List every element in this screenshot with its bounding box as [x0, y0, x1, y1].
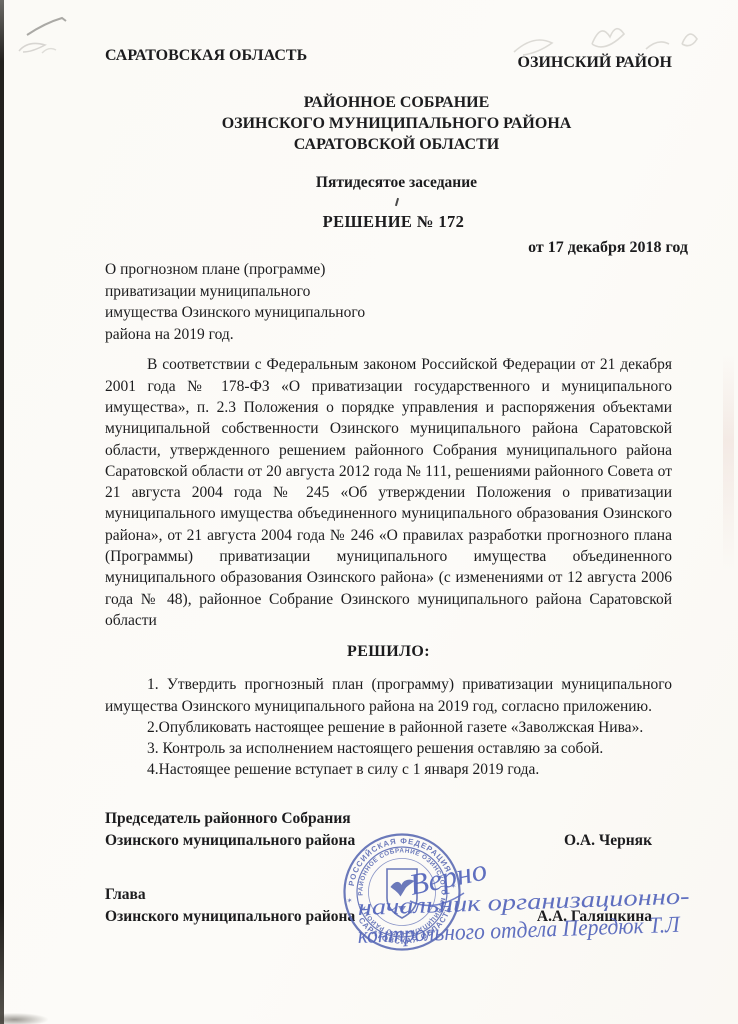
scan-smudge-bottom-left	[0, 1013, 48, 1024]
preamble-paragraph: В соответствии с Федеральным законом Рос…	[105, 354, 672, 631]
header-region-right: ОЗИНСКИЙ РАЙОН	[518, 53, 672, 73]
head-name: А.А. Галяшкина	[537, 906, 672, 929]
resolved-heading: РЕШИЛО:	[105, 642, 672, 662]
resolution-items: 1. Утвердить прогнозный план (программу)…	[105, 674, 672, 780]
chairman-name: О.А. Черняк	[564, 830, 672, 853]
resolution-item-3: 3. Контроль за исполнением настоящего ре…	[105, 738, 672, 759]
document-body: САРАТОВСКАЯ ОБЛАСТЬ ОЗИНСКИЙ РАЙОН РАЙОН…	[105, 46, 672, 929]
subject-line-3: имущества Озинского муниципального	[105, 302, 475, 324]
subject-line-1: О прогнозном плане (программе)	[105, 259, 475, 281]
resolution-item-2: 2.Опубликовать настоящее решение в район…	[105, 717, 672, 738]
decision-date: от 17 декабря 2018 год	[105, 237, 688, 258]
scanned-document-page: САРАТОВСКАЯ ОБЛАСТЬ ОЗИНСКИЙ РАЙОН РАЙОН…	[0, 0, 738, 1024]
org-line-3: САРАТОВСКОЙ ОБЛАСТИ	[113, 134, 680, 155]
signature-block-head: Глава Озинского муниципального района А.…	[105, 884, 672, 929]
signature-section: Председатель районного Собрания Озинског…	[105, 808, 672, 929]
resolution-item-1: 1. Утвердить прогнозный план (программу)…	[105, 674, 672, 717]
subject-line-4: района на 2019 год.	[105, 324, 475, 346]
head-title-line-1: Глава	[105, 884, 672, 907]
decision-subject: О прогнозном плане (программе) приватиза…	[105, 259, 475, 345]
decision-number-title: РЕШЕНИЕ № 172	[110, 211, 677, 232]
header-region-left: САРАТОВСКАЯ ОБЛАСТЬ	[105, 46, 307, 66]
stray-mark-row	[113, 193, 680, 203]
subject-line-2: приватизации муниципального	[105, 281, 475, 303]
document-header-row: САРАТОВСКАЯ ОБЛАСТЬ ОЗИНСКИЙ РАЙОН	[105, 46, 672, 73]
scan-streak-right	[723, 355, 734, 570]
chairman-title-line-2: Озинского муниципального района	[105, 830, 355, 853]
chairman-title-row: Озинского муниципального района О.А. Чер…	[105, 830, 672, 853]
chairman-title-line-1: Председатель районного Собрания	[105, 808, 672, 831]
head-title-row: Озинского муниципального района А.А. Гал…	[105, 906, 672, 929]
stray-pen-tick	[394, 198, 398, 206]
scan-edge-left	[0, 0, 4, 1024]
resolution-item-4: 4.Настоящее решение вступает в силу с 1 …	[105, 759, 672, 780]
issuing-body-title: РАЙОННОЕ СОБРАНИЕ ОЗИНСКОГО МУНИЦИПАЛЬНО…	[113, 92, 680, 155]
head-title-line-2: Озинского муниципального района	[105, 906, 355, 929]
org-line-2: ОЗИНСКОГО МУНИЦИПАЛЬНОГО РАЙОНА	[113, 113, 680, 134]
org-line-1: РАЙОННОЕ СОБРАНИЕ	[113, 92, 680, 113]
signature-block-chairman: Председатель районного Собрания Озинског…	[105, 808, 672, 853]
session-title: Пятидесятое заседание	[113, 172, 680, 193]
